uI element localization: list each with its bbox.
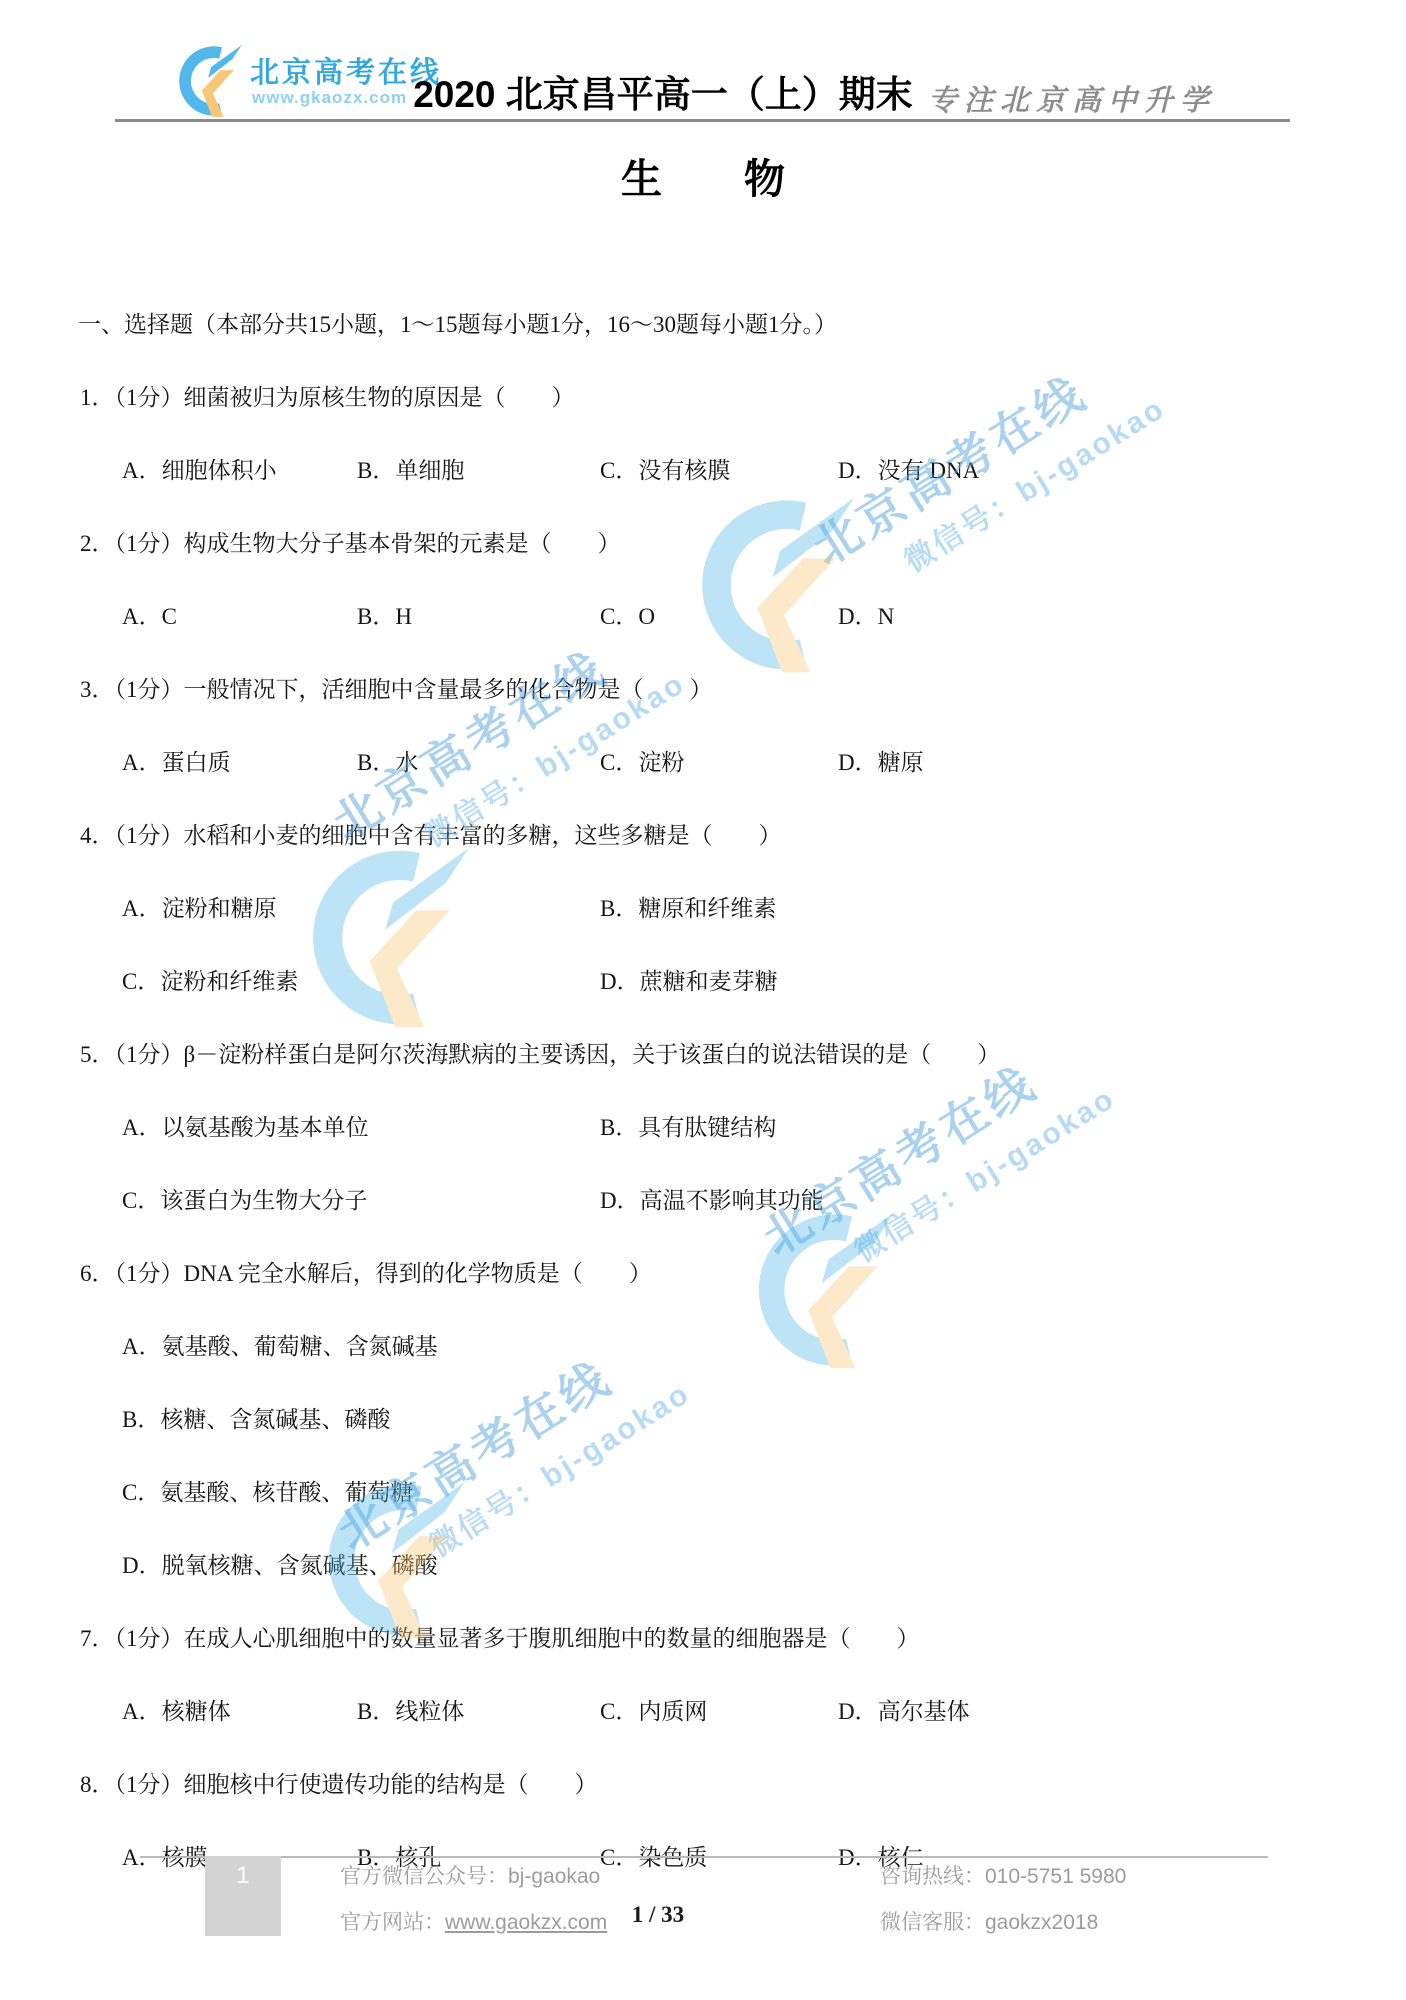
header-slogan: 专注北京高中升学 <box>928 78 1216 119</box>
gk-watermark-logo-icon <box>730 1205 900 1375</box>
question-3-option-D: D．糖原 <box>838 744 924 777</box>
question-5-option-C: C．该蛋白为生物大分子 <box>122 1182 367 1215</box>
question-8-stem: 8．（1分）细胞核中行使遗传功能的结构是（ ） <box>80 1766 598 1799</box>
question-7-stem: 7．（1分）在成人心肌细胞中的数量显著多于腹肌细胞中的数量的细胞器是（ ） <box>80 1620 920 1653</box>
question-3-option-C: C．淀粉 <box>600 744 684 777</box>
corner-page-number: 1 <box>236 1862 249 1890</box>
question-1-option-B: B．单细胞 <box>357 452 464 485</box>
question-7-option-B: B．线粒体 <box>357 1693 464 1726</box>
watermark-wechat: 微信号：bj-gaokao <box>419 1369 697 1566</box>
question-3-stem: 3．（1分）一般情况下，活细胞中含量最多的化合物是（ ） <box>80 671 713 704</box>
question-5-stem: 5．（1分）β－淀粉样蛋白是阿尔茨海默病的主要诱因，关于该蛋白的说法错误的是（ … <box>80 1036 1000 1069</box>
question-2-option-C: C．O <box>600 598 655 631</box>
header-rule <box>115 119 1290 122</box>
question-2-option-D: D．N <box>838 598 894 631</box>
question-7-option-D: D．高尔基体 <box>838 1693 970 1726</box>
question-6-stem: 6．（1分）DNA 完全水解后，得到的化学物质是（ ） <box>80 1255 652 1288</box>
footer-wechat-service: 微信客服：gaokzx2018 <box>880 1906 1098 1936</box>
question-6-option-B: B．核糖、含氮碱基、磷酸 <box>122 1401 390 1434</box>
question-2-option-A: A．C <box>122 598 177 631</box>
watermark-brand: 北京高考在线 <box>318 600 668 853</box>
question-5-option-B: B．具有肽键结构 <box>600 1109 776 1142</box>
gk-watermark-logo-icon <box>280 840 475 1035</box>
question-4-option-C: C．淀粉和纤维素 <box>122 963 298 996</box>
question-5-option-A: A．以氨基酸为基本单位 <box>122 1109 369 1142</box>
question-4-option-A: A．淀粉和糖原 <box>122 890 277 923</box>
question-3-option-B: B．水 <box>357 744 418 777</box>
question-2-option-B: B．H <box>357 598 412 631</box>
question-1-option-C: C．没有核膜 <box>600 452 730 485</box>
subject-title: 生 物 <box>0 146 1406 205</box>
question-5-option-D: D．高温不影响其功能 <box>600 1182 824 1215</box>
footer-rule <box>140 1856 1268 1858</box>
question-4-option-B: B．糖原和纤维素 <box>600 890 776 923</box>
section-heading: 一、选择题（本部分共15小题，1～15题每小题1分，16～30题每小题1分。） <box>78 306 837 339</box>
question-2-stem: 2．（1分）构成生物大分子基本骨架的元素是（ ） <box>80 525 621 558</box>
question-6-option-D: D．脱氧核糖、含氮碱基、磷酸 <box>122 1547 438 1580</box>
question-7-option-A: A．核糖体 <box>122 1693 231 1726</box>
watermark-wechat: 微信号：bj-gaokao <box>844 1074 1122 1271</box>
question-7-option-C: C．内质网 <box>600 1693 707 1726</box>
footer-hotline: 咨询热线：010-5751 5980 <box>880 1860 1126 1890</box>
question-3-option-A: A．蛋白质 <box>122 744 231 777</box>
gk-watermark-logo-icon <box>670 490 860 680</box>
footer-wechat-official: 官方微信公众号：bj-gaokao <box>340 1860 600 1890</box>
page-indicator: 1 / 33 <box>0 1902 1361 1928</box>
question-4-option-D: D．蔗糖和麦芽糖 <box>600 963 778 996</box>
question-4-stem: 4．（1分）水稻和小麦的细胞中含有丰富的多糖，这些多糖是（ ） <box>80 817 782 850</box>
question-6-option-A: A．氨基酸、葡萄糖、含氮碱基 <box>122 1328 438 1361</box>
question-6-option-C: C．氨基酸、核苷酸、葡萄糖 <box>122 1474 413 1507</box>
question-1-stem: 1．（1分）细菌被归为原核生物的原因是（ ） <box>80 379 575 412</box>
question-1-option-A: A．细胞体积小 <box>122 452 277 485</box>
question-1-option-D: D．没有 DNA <box>838 452 979 485</box>
